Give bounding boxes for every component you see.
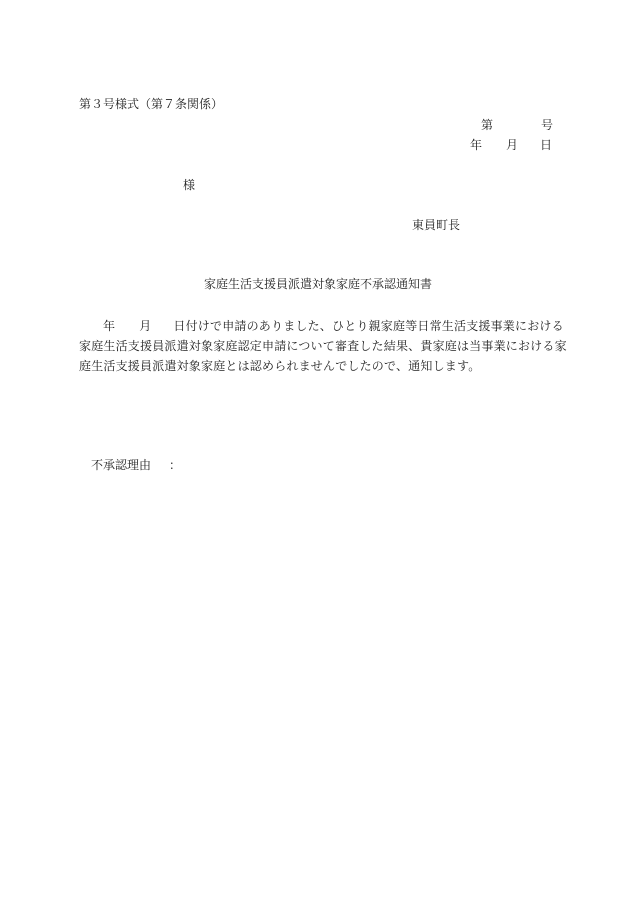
body-line-2: 家庭生活支援員派遣対象家庭認定申請について審査した結果、貴家庭は当事業における家 [79,336,554,356]
rejection-reason: 不承認理由： [91,457,181,473]
rejection-reason-label: 不承認理由 [91,458,151,472]
form-number: 第３号様式（第７条関係） [79,96,223,112]
body-month: 月 [139,319,151,333]
document-number-suffix: 号 [541,117,553,133]
document-number-prefix: 第 [481,117,493,133]
body-line-1-text: 日付けで申請のありました、ひとり親家庭等日常生活支援事業における [173,319,563,333]
notification-body: 年月日付けで申請のありました、ひとり親家庭等日常生活支援事業における 家庭生活支… [79,316,554,376]
date-month: 月 [506,137,518,153]
document-title: 家庭生活支援員派遣対象家庭不承認通知書 [204,276,432,292]
date-year: 年 [470,137,482,153]
rejection-reason-colon: ： [169,457,181,473]
sender-name: 東員町長 [412,217,460,233]
body-line-1: 年月日付けで申請のありました、ひとり親家庭等日常生活支援事業における [79,316,554,336]
recipient-honorific: 様 [183,177,195,193]
date-day: 日 [540,137,552,153]
body-year: 年 [103,319,115,333]
body-line-3: 庭生活支援員派遣対象家庭とは認められませんでしたので、通知します。 [79,356,554,376]
